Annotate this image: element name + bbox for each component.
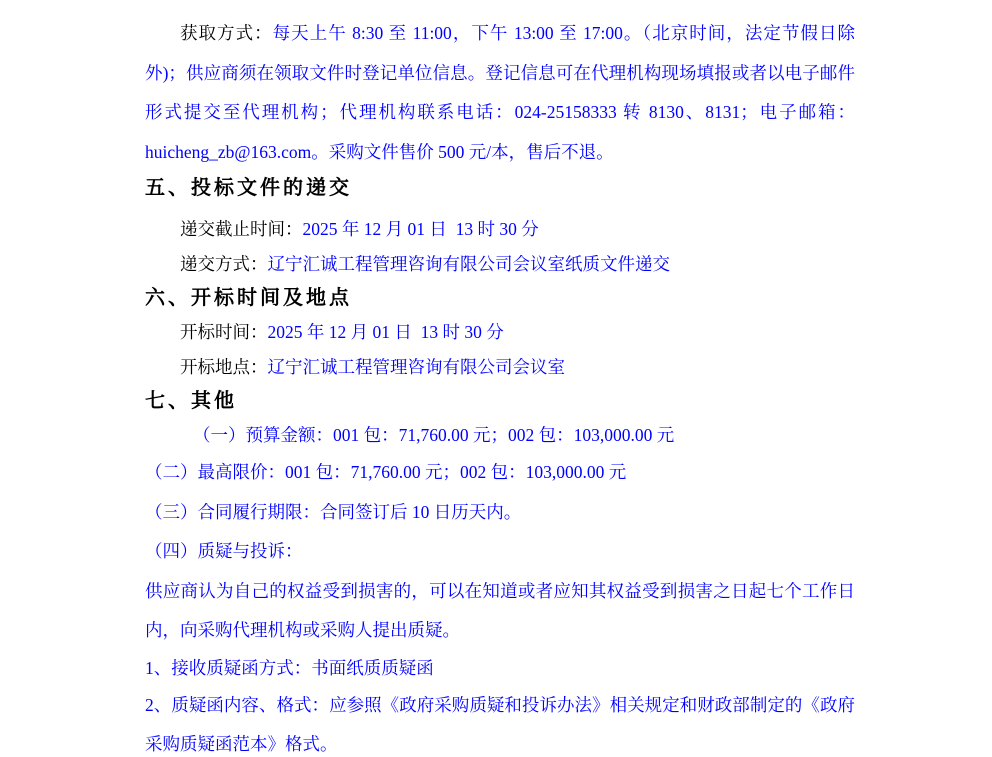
submission-method-value: 辽宁汇诚工程管理咨询有限公司会议室纸质文件递交 [268, 254, 671, 274]
query-format-paragraph: 2、质疑函内容、格式：应参照《政府采购质疑和投诉办法》相关规定和财政部制定的《政… [145, 686, 855, 757]
query-rights-paragraph: 供应商认为自己的权益受到损害的，可以在知道或者应知其权益受到损害之日起七个工作日… [145, 572, 855, 651]
acquisition-method-label: 获取方式： [180, 23, 273, 43]
acquisition-method-paragraph: 获取方式：每天上午 8:30 至 11:00，下午 13:00 至 17:00。… [145, 14, 855, 172]
opening-time-label: 开标时间： [180, 322, 268, 342]
contract-term-item: （三）合同履行期限：合同签订后 10 日历天内。 [145, 493, 855, 533]
document-page: 获取方式：每天上午 8:30 至 11:00，下午 13:00 至 17:00。… [0, 0, 992, 757]
section-heading-bid-submission: 五、投标文件的递交 [145, 172, 855, 205]
submission-method-row: 递交方式：辽宁汇诚工程管理咨询有限公司会议室纸质文件递交 [145, 247, 855, 282]
budget-amount-item: （一）预算金额：001 包：71,760.00 元；002 包：103,000.… [145, 418, 855, 453]
submission-deadline-label: 递交截止时间： [180, 219, 303, 239]
acquisition-method-value: 每天上午 8:30 至 11:00，下午 13:00 至 17:00。（北京时间… [145, 23, 855, 162]
section-heading-bid-opening: 六、开标时间及地点 [145, 282, 855, 315]
opening-place-value: 辽宁汇诚工程管理咨询有限公司会议室 [268, 357, 566, 377]
opening-time-row: 开标时间：2025 年 12 月 01 日 13 时 30 分 [145, 315, 855, 350]
query-complaint-item: （四）质疑与投诉： [145, 532, 855, 572]
query-method-line: 1、接收质疑函方式：书面纸质质疑函 [145, 651, 855, 686]
opening-place-label: 开标地点： [180, 357, 268, 377]
max-price-item: （二）最高限价：001 包：71,760.00 元；002 包：103,000.… [145, 453, 855, 493]
opening-place-row: 开标地点：辽宁汇诚工程管理咨询有限公司会议室 [145, 350, 855, 385]
submission-method-label: 递交方式： [180, 254, 268, 274]
opening-time-value: 2025 年 12 月 01 日 13 时 30 分 [268, 322, 504, 342]
submission-deadline-value: 2025 年 12 月 01 日 13 时 30 分 [303, 219, 539, 239]
submission-deadline-row: 递交截止时间：2025 年 12 月 01 日 13 时 30 分 [145, 212, 855, 247]
section-heading-other: 七、其他 [145, 385, 855, 418]
